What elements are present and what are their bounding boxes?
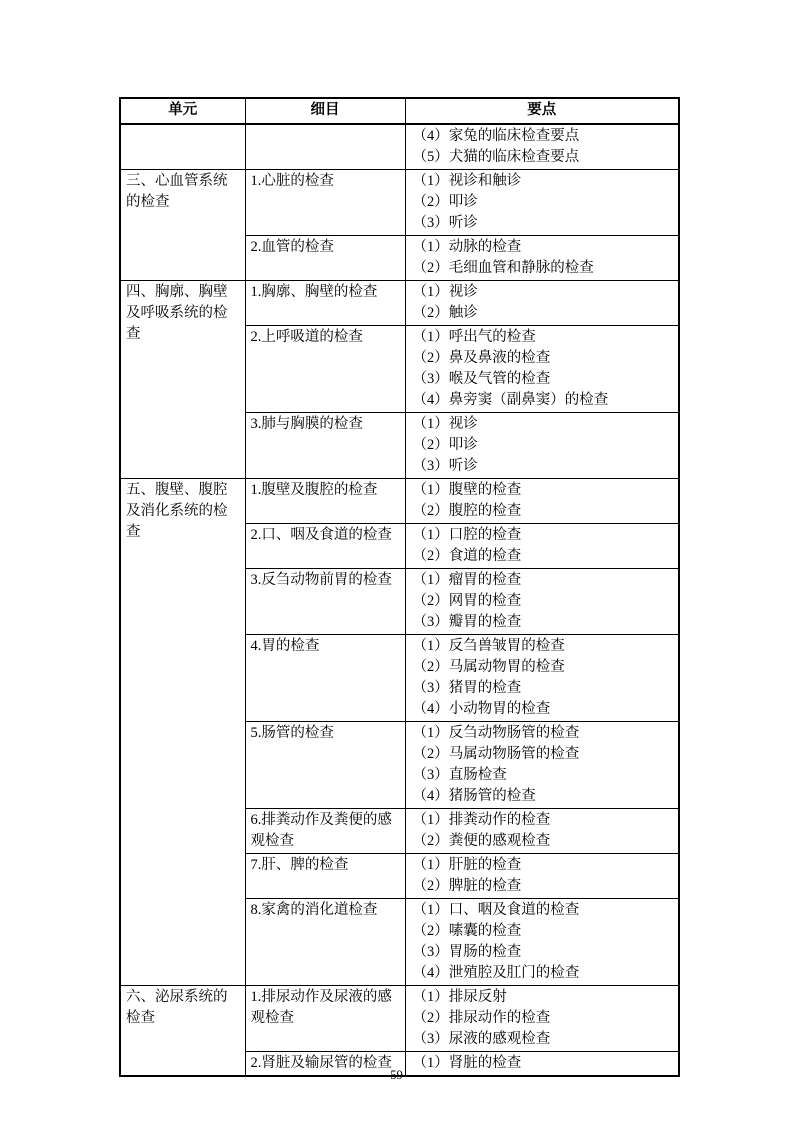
column-header-unit: 单元	[120, 98, 245, 124]
point-line: （3）胃肠的检查	[413, 942, 675, 963]
point-line: （3）瓣胃的检查	[413, 612, 675, 633]
point-line: （3）直肠检查	[413, 765, 675, 786]
point-line: （2）粪便的感观检查	[413, 831, 675, 852]
point-line: （2）脾脏的检查	[413, 876, 675, 897]
point-line: （3）听诊	[413, 456, 675, 477]
table-header-row: 单元 细目 要点	[120, 98, 679, 124]
item-cell: 1.腹壁及腹腔的检查	[245, 479, 405, 524]
page-number: 59	[0, 1068, 793, 1083]
points-cell: （1）口、咽及食道的检查（2）嗉囊的检查（3）胃肠的检查（4）泄殖腔及肛门的检查	[405, 899, 679, 986]
point-line: （1）视诊	[413, 282, 675, 303]
item-cell: 3.反刍动物前胃的检查	[245, 569, 405, 635]
point-line: （1）反刍兽皱胃的检查	[413, 636, 675, 657]
point-line: （2）食道的检查	[413, 546, 675, 567]
item-cell: 5.肠管的检查	[245, 722, 405, 809]
point-line: （2）鼻及鼻液的检查	[413, 348, 675, 369]
point-line: （4）鼻旁窦（副鼻窦）的检查	[413, 390, 675, 411]
item-cell: 1.排尿动作及尿液的感观检查	[245, 986, 405, 1052]
table-row: 四、胸廓、胸壁及呼吸系统的检查1.胸廓、胸壁的检查（1）视诊（2）触诊	[120, 281, 679, 326]
point-line: （1）口腔的检查	[413, 525, 675, 546]
points-cell: （1）反刍兽皱胃的检查（2）马属动物胃的检查（3）猪胃的检查（4）小动物胃的检查	[405, 635, 679, 722]
document-page: 单元 细目 要点 （4）家兔的临床检查要点（5）犬猫的临床检查要点三、心血管系统…	[0, 0, 793, 1122]
item-cell: 3.肺与胸膜的检查	[245, 413, 405, 479]
column-header-points: 要点	[405, 98, 679, 124]
table-row: 五、腹壁、腹腔及消化系统的检查1.腹壁及腹腔的检查（1）腹壁的检查（2）腹腔的检…	[120, 479, 679, 524]
column-header-item: 细目	[245, 98, 405, 124]
item-cell: 2.上呼吸道的检查	[245, 326, 405, 413]
point-line: （3）听诊	[413, 213, 675, 234]
point-line: （4）家兔的临床检查要点	[413, 126, 675, 147]
item-cell: 1.胸廓、胸壁的检查	[245, 281, 405, 326]
point-line: （1）呼出气的检查	[413, 327, 675, 348]
point-line: （2）网胃的检查	[413, 591, 675, 612]
point-line: （2）触诊	[413, 303, 675, 324]
points-cell: （1）视诊（2）触诊	[405, 281, 679, 326]
table-row: 三、心血管系统的检查1.心脏的检查（1）视诊和触诊（2）叩诊（3）听诊	[120, 170, 679, 236]
unit-cell: 三、心血管系统的检查	[120, 170, 245, 281]
points-cell: （1）反刍动物肠管的检查（2）马属动物肠管的检查（3）直肠检查（4）猪肠管的检查	[405, 722, 679, 809]
point-line: （2）叩诊	[413, 435, 675, 456]
points-cell: （1）肝脏的检查（2）脾脏的检查	[405, 854, 679, 899]
point-line: （4）猪肠管的检查	[413, 786, 675, 807]
point-line: （2）毛细血管和静脉的检查	[413, 258, 675, 279]
unit-cell: 六、泌尿系统的检查	[120, 986, 245, 1077]
table-body: （4）家兔的临床检查要点（5）犬猫的临床检查要点三、心血管系统的检查1.心脏的检…	[120, 124, 679, 1076]
point-line: （2）腹腔的检查	[413, 501, 675, 522]
point-line: （2）马属动物胃的检查	[413, 657, 675, 678]
point-line: （1）视诊	[413, 414, 675, 435]
point-line: （2）马属动物肠管的检查	[413, 744, 675, 765]
points-cell: （1）动脉的检查（2）毛细血管和静脉的检查	[405, 236, 679, 281]
points-cell: （1）视诊（2）叩诊（3）听诊	[405, 413, 679, 479]
syllabus-table: 单元 细目 要点 （4）家兔的临床检查要点（5）犬猫的临床检查要点三、心血管系统…	[119, 97, 680, 1077]
point-line: （1）肝脏的检查	[413, 855, 675, 876]
item-cell: 2.血管的检查	[245, 236, 405, 281]
points-cell: （1）排粪动作的检查（2）粪便的感观检查	[405, 809, 679, 854]
point-line: （1）反刍动物肠管的检查	[413, 723, 675, 744]
point-line: （3）尿液的感观检查	[413, 1029, 675, 1050]
point-line: （5）犬猫的临床检查要点	[413, 147, 675, 168]
point-line: （1）视诊和触诊	[413, 171, 675, 192]
points-cell: （1）视诊和触诊（2）叩诊（3）听诊	[405, 170, 679, 236]
points-cell: （1）呼出气的检查（2）鼻及鼻液的检查（3）喉及气管的检查（4）鼻旁窦（副鼻窦）…	[405, 326, 679, 413]
item-cell: 2.口、咽及食道的检查	[245, 524, 405, 569]
table-row: （4）家兔的临床检查要点（5）犬猫的临床检查要点	[120, 124, 679, 170]
point-line: （2）排尿动作的检查	[413, 1008, 675, 1029]
unit-cell: 五、腹壁、腹腔及消化系统的检查	[120, 479, 245, 986]
item-cell: 4.胃的检查	[245, 635, 405, 722]
points-cell: （1）排尿反射（2）排尿动作的检查（3）尿液的感观检查	[405, 986, 679, 1052]
points-cell: （4）家兔的临床检查要点（5）犬猫的临床检查要点	[405, 124, 679, 170]
item-cell: 7.肝、脾的检查	[245, 854, 405, 899]
point-line: （1）排粪动作的检查	[413, 810, 675, 831]
point-line: （3）猪胃的检查	[413, 678, 675, 699]
item-cell: 1.心脏的检查	[245, 170, 405, 236]
item-cell: 8.家禽的消化道检查	[245, 899, 405, 986]
item-cell	[245, 124, 405, 170]
point-line: （3）喉及气管的检查	[413, 369, 675, 390]
item-cell: 6.排粪动作及粪便的感观检查	[245, 809, 405, 854]
points-cell: （1）瘤胃的检查（2）网胃的检查（3）瓣胃的检查	[405, 569, 679, 635]
point-line: （1）口、咽及食道的检查	[413, 900, 675, 921]
point-line: （1）腹壁的检查	[413, 480, 675, 501]
point-line: （1）排尿反射	[413, 987, 675, 1008]
unit-cell	[120, 124, 245, 170]
table-row: 六、泌尿系统的检查1.排尿动作及尿液的感观检查（1）排尿反射（2）排尿动作的检查…	[120, 986, 679, 1052]
unit-cell: 四、胸廓、胸壁及呼吸系统的检查	[120, 281, 245, 479]
points-cell: （1）腹壁的检查（2）腹腔的检查	[405, 479, 679, 524]
point-line: （1）瘤胃的检查	[413, 570, 675, 591]
point-line: （2）嗉囊的检查	[413, 921, 675, 942]
point-line: （4）小动物胃的检查	[413, 699, 675, 720]
point-line: （1）动脉的检查	[413, 237, 675, 258]
points-cell: （1）口腔的检查（2）食道的检查	[405, 524, 679, 569]
point-line: （2）叩诊	[413, 192, 675, 213]
point-line: （4）泄殖腔及肛门的检查	[413, 963, 675, 984]
